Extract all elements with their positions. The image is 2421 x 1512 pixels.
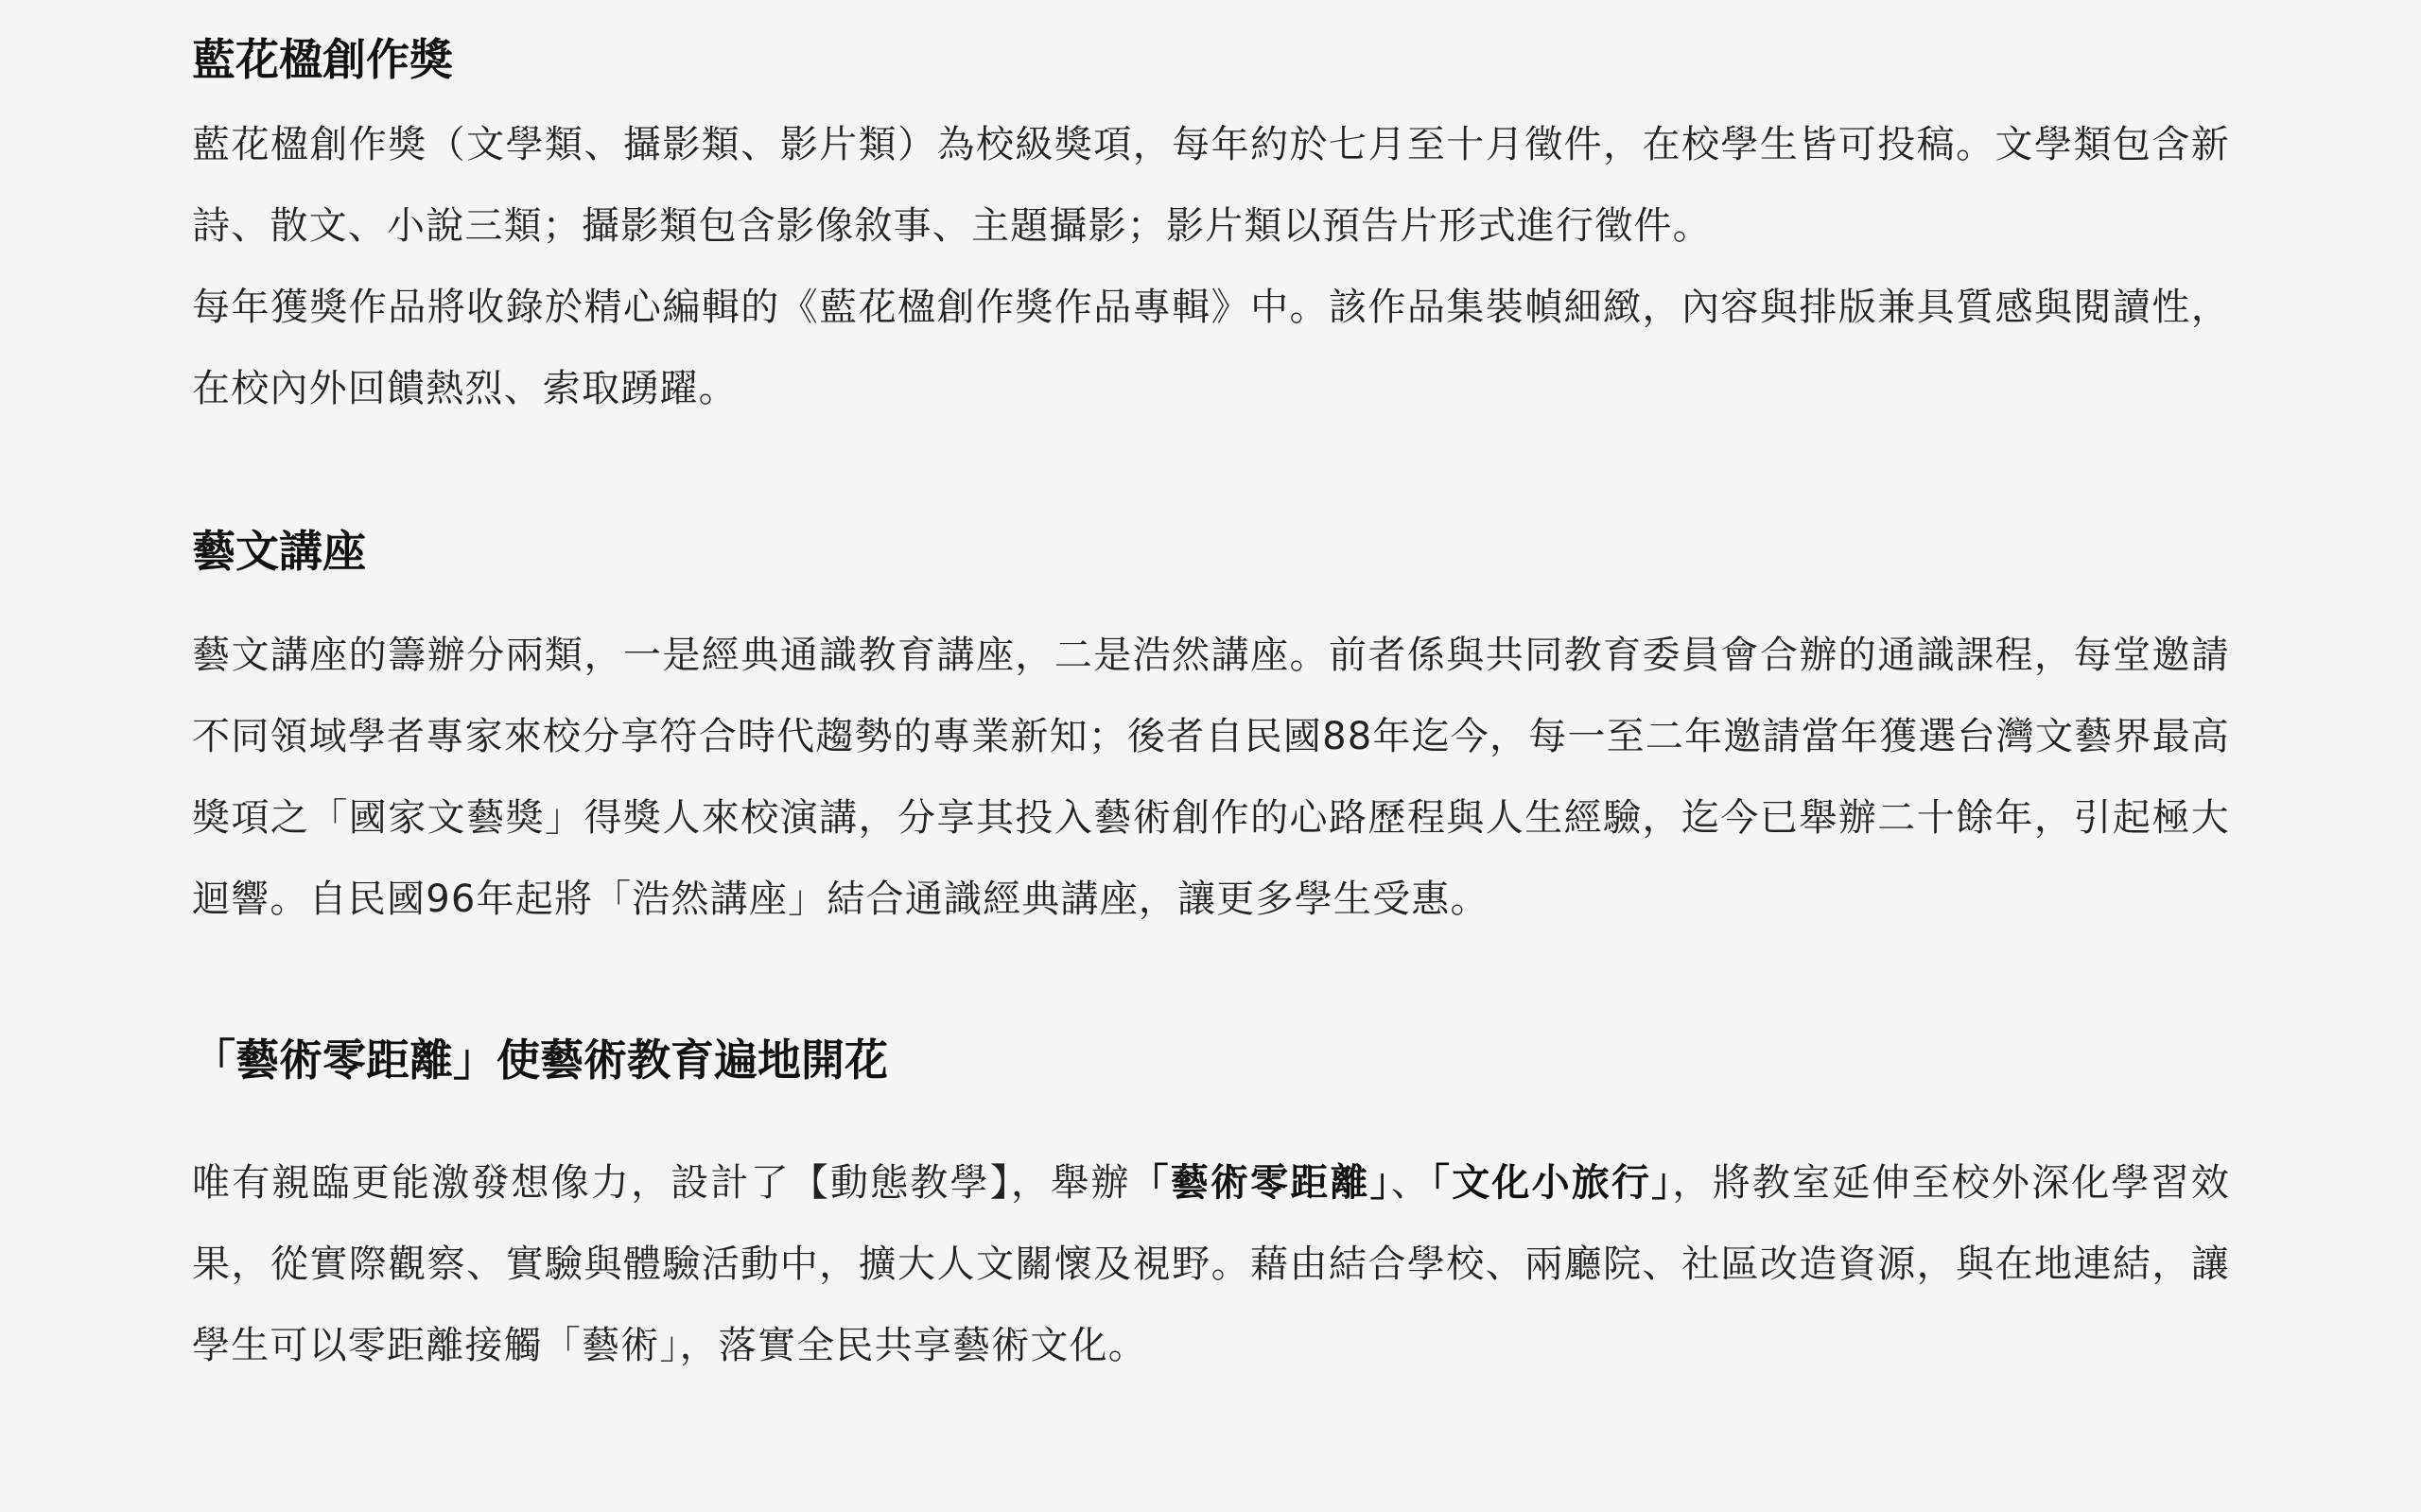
- section-body-art-zero-distance: 唯有親臨更能激發想像力，設計了【動態教學】，舉辦「藝術零距離」、「文化小旅行」，…: [192, 1142, 2230, 1386]
- section-body-jacaranda-award: 藍花楹創作獎（文學類、攝影類、影片類）為校級獎項，每年約於七月至十月徵件，在校學…: [192, 104, 2230, 429]
- paragraph-art-zero-distance: 唯有親臨更能激發想像力，設計了【動態教學】，舉辦「藝術零距離」、「文化小旅行」，…: [192, 1142, 2230, 1386]
- highlight-culture-trip: 「文化小旅行」: [1431, 1161, 1672, 1205]
- paragraph-lectures: 藝文講座的籌辦分兩類，一是經典通識教育講座，二是浩然講座。前者係與共同教育委員會…: [192, 615, 2230, 940]
- section-title-jacaranda-award: 藍花楹創作獎: [192, 38, 453, 81]
- section-title-arts-lectures: 藝文講座: [192, 530, 366, 573]
- paragraph-award-collection: 每年獲獎作品將收錄於精心編輯的《藍花楹創作獎作品專輯》中。該作品集裝幀細緻，內容…: [192, 267, 2230, 429]
- paragraph-award-intro: 藍花楹創作獎（文學類、攝影類、影片類）為校級獎項，每年約於七月至十月徵件，在校學…: [192, 104, 2230, 267]
- section-body-arts-lectures: 藝文講座的籌辦分兩類，一是經典通識教育講座，二是浩然講座。前者係與共同教育委員會…: [192, 615, 2230, 940]
- text-part: 唯有親臨更能激發想像力，設計了【動態教學】，舉辦: [192, 1161, 1131, 1205]
- highlight-art-zero-distance: 「藝術零距離」: [1131, 1161, 1391, 1205]
- text-part: 、: [1391, 1161, 1431, 1205]
- section-title-art-zero-distance: 「藝術零距離」使藝術教育遍地開花: [192, 1038, 888, 1082]
